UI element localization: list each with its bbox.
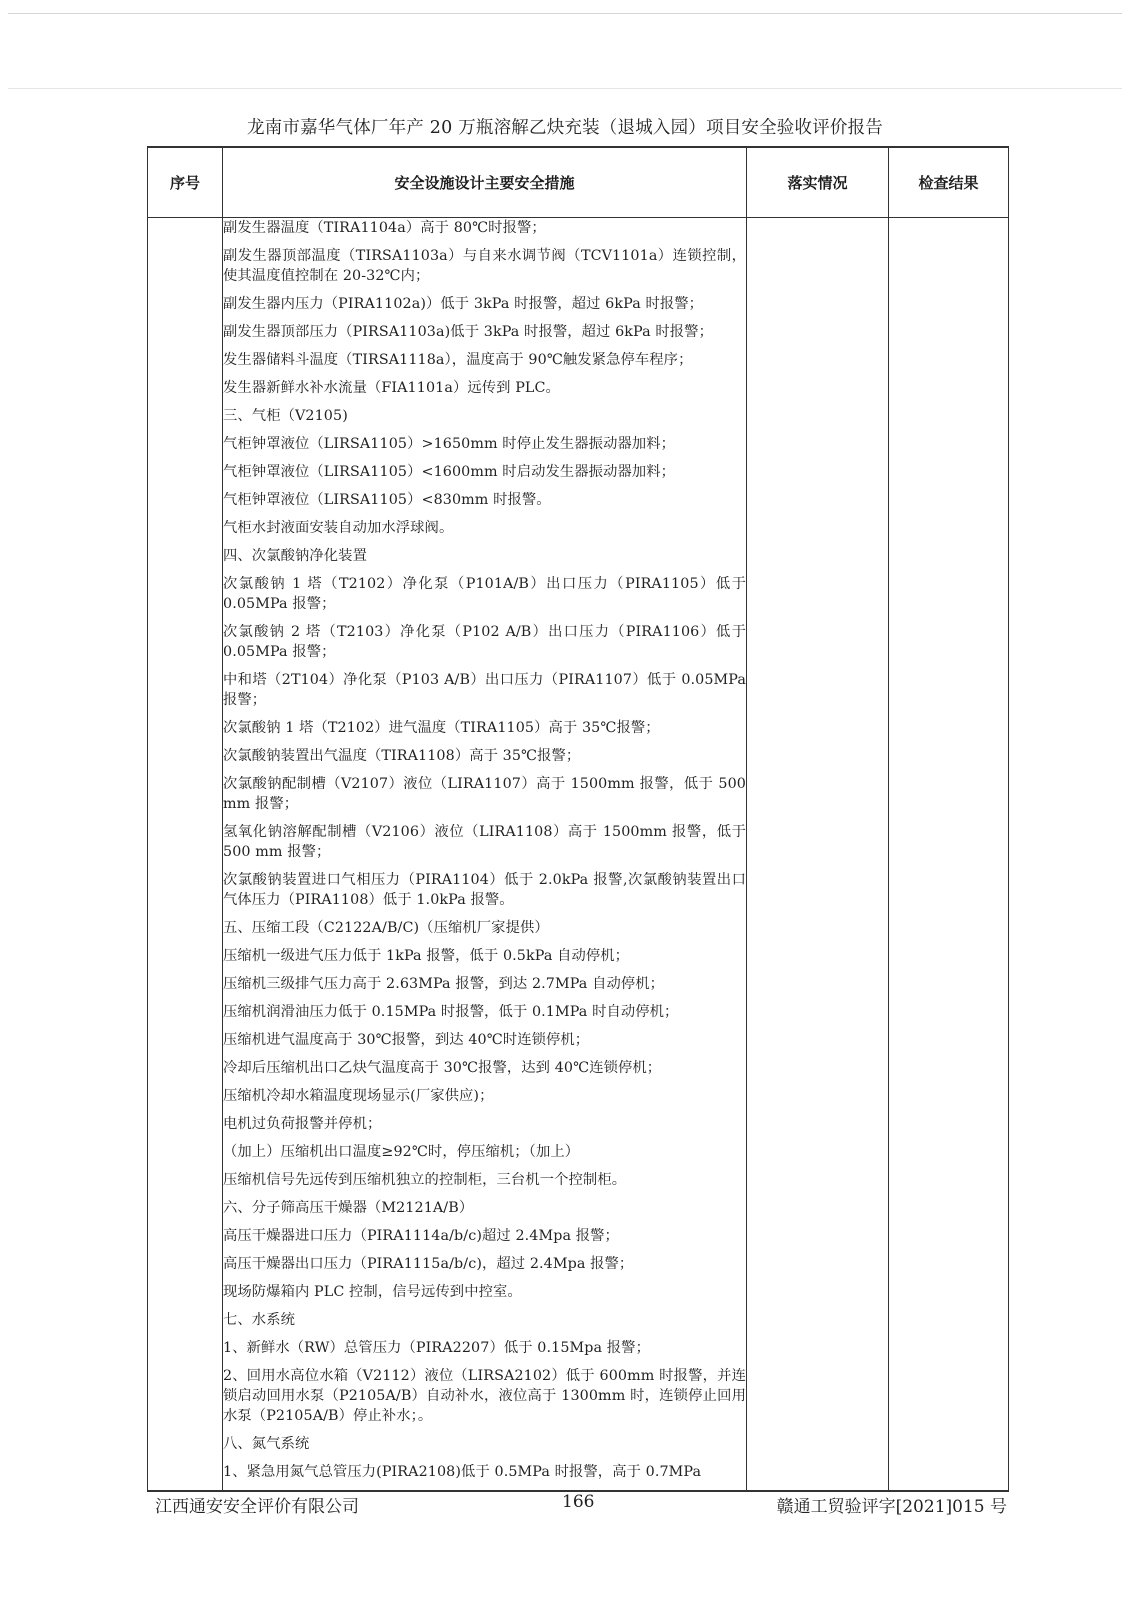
measure-item: 压缩机润滑油压力低于 0.15MPa 时报警，低于 0.1MPa 时自动停机； [223, 1002, 746, 1022]
measures-list: 副发生器温度（TIRA1104a）高于 80℃时报警；副发生器顶部温度（TIRS… [223, 218, 746, 1482]
scan-edge-line [8, 13, 1122, 14]
measure-item: 氢氧化钠溶解配制槽（V2106）液位（LIRA1108）高于 1500mm 报警… [223, 822, 746, 862]
footer-page-number: 166 [562, 1492, 594, 1512]
measure-item: 四、次氯酸钠净化装置 [223, 546, 746, 566]
cell-measures: 副发生器温度（TIRA1104a）高于 80℃时报警；副发生器顶部温度（TIRS… [223, 218, 747, 1492]
measure-item: 发生器新鲜水补水流量（FIA1101a）远传到 PLC。 [223, 378, 746, 398]
measure-item: 压缩机进气温度高于 30℃报警，到达 40℃时连锁停机； [223, 1030, 746, 1050]
measure-item: 副发生器内压力（PIRA1102a)）低于 3kPa 时报警，超过 6kPa 时… [223, 294, 746, 314]
measure-item: 压缩机一级进气压力低于 1kPa 报警，低于 0.5kPa 自动停机； [223, 946, 746, 966]
footer-doc-number: 赣通工贸验评字[2021]015 号 [777, 1492, 1007, 1517]
measure-item: 1、新鲜水（RW）总管压力（PIRA2207）低于 0.15Mpa 报警； [223, 1338, 746, 1358]
measure-item: 七、水系统 [223, 1310, 746, 1330]
measure-item: 冷却后压缩机出口乙炔气温度高于 30℃报警，达到 40℃连锁停机； [223, 1058, 746, 1078]
measure-item: 次氯酸钠配制槽（V2107）液位（LIRA1107）高于 1500mm 报警，低… [223, 774, 746, 814]
measure-item: 副发生器顶部温度（TIRSA1103a）与自来水调节阀（TCV1101a）连锁控… [223, 246, 746, 286]
measure-item: 次氯酸钠装置出气温度（TIRA1108）高于 35℃报警； [223, 746, 746, 766]
measure-item: 发生器储料斗温度（TIRSA1118a），温度高于 90℃触发紧急停车程序； [223, 350, 746, 370]
column-header-implementation: 落实情况 [747, 147, 889, 218]
measure-item: 次氯酸钠 2 塔（T2103）净化泵（P102 A/B）出口压力（PIRA110… [223, 622, 746, 662]
measure-item: 三、气柜（V2105) [223, 406, 746, 426]
measure-item: 次氯酸钠 1 塔（T2102）净化泵（P101A/B）出口压力（PIRA1105… [223, 574, 746, 614]
measure-item: 五、压缩工段（C2122A/B/C)（压缩机厂家提供） [223, 918, 746, 938]
column-header-measures: 安全设施设计主要安全措施 [223, 147, 747, 218]
measure-item: 高压干燥器出口压力（PIRA1115a/b/c)，超过 2.4Mpa 报警； [223, 1254, 746, 1274]
measure-item: 副发生器温度（TIRA1104a）高于 80℃时报警； [223, 218, 746, 238]
measure-item: 气柜钟罩液位（LIRSA1105）<830mm 时报警。 [223, 490, 746, 510]
measure-item: 八、氮气系统 [223, 1434, 746, 1454]
column-header-serial: 序号 [148, 147, 223, 218]
cell-implementation [747, 218, 889, 1492]
footer-company: 江西通安安全评价有限公司 [155, 1492, 359, 1517]
scan-edge-line [8, 88, 1122, 89]
measure-item: 气柜钟罩液位（LIRSA1105）<1600mm 时启动发生器振动器加料； [223, 462, 746, 482]
measure-item: 六、分子筛高压干燥器（M2121A/B） [223, 1198, 746, 1218]
measure-item: 次氯酸钠装置进口气相压力（PIRA1104）低于 2.0kPa 报警,次氯酸钠装… [223, 870, 746, 910]
measure-item: 压缩机信号先远传到压缩机独立的控制柜，三台机一个控制柜。 [223, 1170, 746, 1190]
measure-item: 副发生器顶部压力（PIRSA1103a)低于 3kPa 时报警，超过 6kPa … [223, 322, 746, 342]
safety-measures-table: 序号 安全设施设计主要安全措施 落实情况 检查结果 副发生器温度（TIRA110… [147, 146, 1009, 1492]
column-header-result: 检查结果 [889, 147, 1009, 218]
measure-item: 电机过负荷报警并停机； [223, 1114, 746, 1134]
table-header-row: 序号 安全设施设计主要安全措施 落实情况 检查结果 [148, 147, 1009, 218]
table-row: 副发生器温度（TIRA1104a）高于 80℃时报警；副发生器顶部温度（TIRS… [148, 218, 1009, 1492]
cell-result [889, 218, 1009, 1492]
measure-item: 中和塔（2T104）净化泵（P103 A/B）出口压力（PIRA1107）低于 … [223, 670, 746, 710]
measure-item: 压缩机三级排气压力高于 2.63MPa 报警，到达 2.7MPa 自动停机； [223, 974, 746, 994]
measure-item: 气柜水封液面安装自动加水浮球阀。 [223, 518, 746, 538]
measure-item: 1、紧急用氮气总管压力(PIRA2108)低于 0.5MPa 时报警，高于 0.… [223, 1462, 746, 1482]
measure-item: （加上）压缩机出口温度≥92℃时，停压缩机；（加上） [223, 1142, 746, 1162]
measure-item: 2、回用水高位水箱（V2112）液位（LIRSA2102）低于 600mm 时报… [223, 1366, 746, 1426]
page-header-title: 龙南市嘉华气体厂年产 20 万瓶溶解乙炔充装（退城入园）项目安全验收评价报告 [0, 114, 1130, 139]
measure-item: 压缩机冷却水箱温度现场显示(厂家供应)； [223, 1086, 746, 1106]
measure-item: 现场防爆箱内 PLC 控制，信号远传到中控室。 [223, 1282, 746, 1302]
measure-item: 气柜钟罩液位（LIRSA1105）>1650mm 时停止发生器振动器加料； [223, 434, 746, 454]
cell-serial [148, 218, 223, 1492]
measure-item: 高压干燥器进口压力（PIRA1114a/b/c)超过 2.4Mpa 报警； [223, 1226, 746, 1246]
measure-item: 次氯酸钠 1 塔（T2102）进气温度（TIRA1105）高于 35℃报警； [223, 718, 746, 738]
